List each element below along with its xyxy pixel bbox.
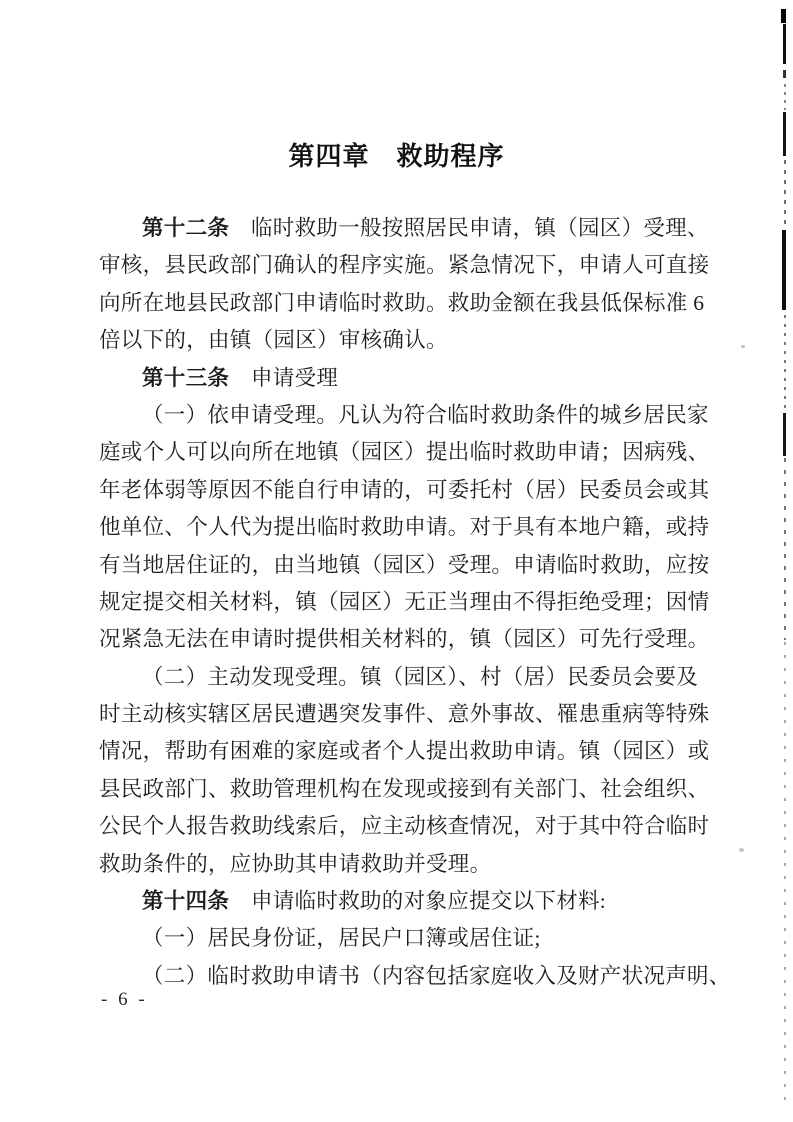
paragraph-line: 救助条件的，应协助其申请救助并受理。: [99, 846, 705, 883]
scan-artifact-line: [784, 642, 786, 1110]
line-text: 情况，帮助有困难的家庭或者个人提出救助申请。镇（园区）或: [99, 739, 709, 763]
paragraph-line: 有当地居住证的，由当地镇（园区）受理。申请临时救助，应按: [99, 547, 705, 584]
line-text: （一）依申请受理。凡认为符合临时救助条件的城乡居民家: [142, 403, 709, 427]
line-text: 倍以下的，由镇（园区）审核确认。: [99, 328, 448, 352]
paragraph-line: 第十二条 临时救助一般按照居民申请，镇（园区）受理、: [99, 210, 705, 247]
scan-artifact-line: [784, 84, 786, 110]
line-text: 况紧急无法在申请时提供相关材料的，镇（园区）可先行受理。: [99, 627, 709, 651]
paragraph-line: （一）居民身份证，居民户口簿或居住证;: [99, 920, 705, 957]
paragraph-line: 第十四条 申请临时救助的对象应提交以下材料:: [99, 883, 705, 920]
scan-artifact-line: [784, 315, 786, 410]
scan-artifact-line: [783, 413, 786, 456]
line-text: （一）居民身份证，居民户口簿或居住证;: [142, 926, 541, 950]
scan-artifact-line: [781, 9, 786, 23]
scan-artifact-line: [784, 458, 786, 640]
article-number: 第十四条: [142, 889, 229, 913]
article-number: 第十二条: [142, 216, 229, 240]
scan-artifact-line: [783, 70, 786, 78]
scan-artifact-line: [783, 24, 786, 64]
line-text: 他单位、个人代为提出临时救助申请。对于具有本地户籍，或持: [99, 515, 709, 539]
line-text: 公民个人报告救助线索后，应主动核查情况，对于其中符合临时: [99, 814, 709, 838]
paragraph-line: 倍以下的，由镇（园区）审核确认。: [99, 322, 705, 359]
line-text: （二）临时救助申请书（内容包括家庭收入及财产状况声明、: [142, 964, 731, 988]
paragraph-line: （二）临时救助申请书（内容包括家庭收入及财产状况声明、: [99, 958, 705, 995]
line-text: 申请受理: [229, 366, 338, 390]
paragraph-line: 年老体弱等原因不能自行申请的，可委托村（居）民委员会或其: [99, 472, 705, 509]
paragraph-line: （一）依申请受理。凡认为符合临时救助条件的城乡居民家: [99, 397, 705, 434]
paragraph-line: （二）主动发现受理。镇（园区）、村（居）民委员会要及: [99, 659, 705, 696]
line-text: 申请临时救助的对象应提交以下材料:: [229, 889, 606, 913]
scan-artifact-line: [782, 230, 786, 310]
line-text: 县民政部门、救助管理机构在发现或接到有关部门、社会组织、: [99, 777, 709, 801]
paragraph-line: 庭或个人可以向所在地镇（园区）提出临时救助申请；因病残、: [99, 434, 705, 471]
chapter-title: 第四章 救助程序: [0, 136, 793, 173]
line-text: （二）主动发现受理。镇（园区）、村（居）民委员会要及: [142, 665, 698, 689]
scanned-document-page: 第四章 救助程序 第十二条 临时救助一般按照居民申请，镇（园区）受理、 审核，县…: [0, 0, 793, 1122]
line-text: 救助条件的，应协助其申请救助并受理。: [99, 852, 491, 876]
paragraph-line: 公民个人报告救助线索后，应主动核查情况，对于其中符合临时: [99, 808, 705, 845]
scan-artifact-speck: [741, 345, 745, 348]
paragraph-line: 况紧急无法在申请时提供相关材料的，镇（园区）可先行受理。: [99, 621, 705, 658]
line-text: 庭或个人可以向所在地镇（园区）提出临时救助申请；因病残、: [99, 440, 709, 464]
paragraph-line: 他单位、个人代为提出临时救助申请。对于具有本地户籍，或持: [99, 509, 705, 546]
paragraph-line: 规定提交相关材料，镇（园区）无正当理由不得拒绝受理；因情: [99, 584, 705, 621]
document-body: 第十二条 临时救助一般按照居民申请，镇（园区）受理、 审核，县民政部门确认的程序…: [99, 210, 705, 995]
paragraph-line: 审核，县民政部门确认的程序实施。紧急情况下，申请人可直接: [99, 247, 705, 284]
scan-artifact-speck: [739, 848, 744, 852]
scan-artifact-line: [783, 112, 786, 156]
paragraph-line: 时主动核实辖区居民遭遇突发事件、意外事故、罹患重病等特殊: [99, 696, 705, 733]
scan-artifact-line: [784, 160, 786, 228]
paragraph-line: 向所在地县民政部门申请临时救助。救助金额在我县低保标准 6: [99, 285, 705, 322]
page-number: - 6 -: [101, 989, 148, 1011]
line-text: 有当地居住证的，由当地镇（园区）受理。申请临时救助，应按: [99, 553, 709, 577]
line-text: 年老体弱等原因不能自行申请的，可委托村（居）民委员会或其: [99, 478, 709, 502]
line-text: 规定提交相关材料，镇（园区）无正当理由不得拒绝受理；因情: [99, 590, 709, 614]
line-text: 审核，县民政部门确认的程序实施。紧急情况下，申请人可直接: [99, 253, 709, 277]
paragraph-line: 县民政部门、救助管理机构在发现或接到有关部门、社会组织、: [99, 771, 705, 808]
paragraph-line: 情况，帮助有困难的家庭或者个人提出救助申请。镇（园区）或: [99, 733, 705, 770]
line-text: 时主动核实辖区居民遭遇突发事件、意外事故、罹患重病等特殊: [99, 702, 709, 726]
line-text: 临时救助一般按照居民申请，镇（园区）受理、: [229, 216, 709, 240]
paragraph-line: 第十三条 申请受理: [99, 360, 705, 397]
line-text: 向所在地县民政部门申请临时救助。救助金额在我县低保标准 6: [99, 291, 704, 315]
article-number: 第十三条: [142, 366, 229, 390]
